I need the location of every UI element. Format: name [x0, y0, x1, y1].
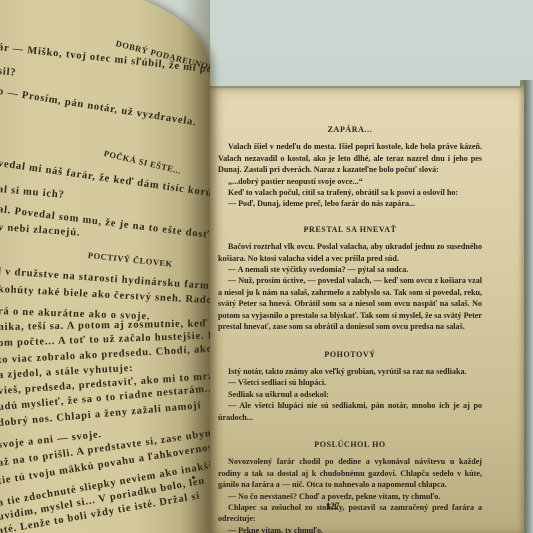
section-title-pohotovy: POHOTOVÝ	[218, 349, 482, 360]
ink-spot	[192, 476, 195, 479]
section-title-prestal-sa-hnevat: PRESTAL SA HNEVAŤ	[218, 224, 482, 235]
section-title-posluchol-ho: POSLÚCHOL HO	[218, 439, 482, 450]
paragraph: „...dobrý pastier neopustí svoje ovce...…	[218, 176, 482, 187]
section-title-poctivy-clovek: POCTIVÝ ČLOVEK	[87, 250, 173, 269]
text-line: o — Prosím, pán notár, už vyzdravela.	[0, 86, 197, 128]
paragraph: — Poď, Dunaj, ideme preč, lebo farár do …	[218, 198, 482, 209]
paragraph: Sedliak sa uškrnul a odsekol:	[218, 389, 482, 400]
section-title-zapara: ZAPÁRA...	[218, 124, 482, 135]
paragraph: Keď to valach počul, cítil sa trafený, o…	[218, 187, 482, 198]
paragraph: — Všetci sedliaci sú hlupáci.	[218, 377, 482, 388]
paragraph: — A nemali ste výčitky svedomia? — pýtal…	[218, 264, 482, 275]
page-number: 127	[326, 501, 340, 511]
paragraph: Bačovi roztrhal vlk ovcu. Poslal valacha…	[218, 241, 482, 264]
paragraph: — Nuž, prosím úctive, — povedal valach, …	[218, 275, 482, 332]
paragraph: — Pekne vítam, ty chmuľo.	[218, 525, 482, 533]
text-line: sil?	[0, 66, 17, 79]
right-page: ZAPÁRA... Valach išiel v nedeľu do mesta…	[206, 86, 524, 533]
left-page-text: ár — Miško, tvoj otec mi sľúbil, že mi p…	[0, 0, 210, 533]
paragraph: Istý notár, takto známy ako veľký grobia…	[218, 366, 482, 377]
paragraph: Novozvolený farár chodil po dedine a vyk…	[218, 456, 482, 490]
paragraph: — Ale všetci hlupáci nie sú sedliakmi, p…	[218, 400, 482, 423]
right-page-text: ZAPÁRA... Valach išiel v nedeľu do mesta…	[218, 88, 482, 533]
text-line: al si mu ich?	[0, 184, 65, 201]
paragraph: Valach išiel v nedeľu do mesta. Išiel po…	[218, 141, 482, 175]
paragraph: — No čo nevstaneš? Choď a povedz, pekne …	[218, 491, 482, 502]
paragraph: Chlapec sa zošuchol zo stoličky, postavi…	[218, 502, 482, 525]
text-line: v nebi zlacnejú.	[0, 222, 81, 239]
section-title-pocka-si-este: POČKÁ SI EŠTE...	[103, 148, 182, 176]
